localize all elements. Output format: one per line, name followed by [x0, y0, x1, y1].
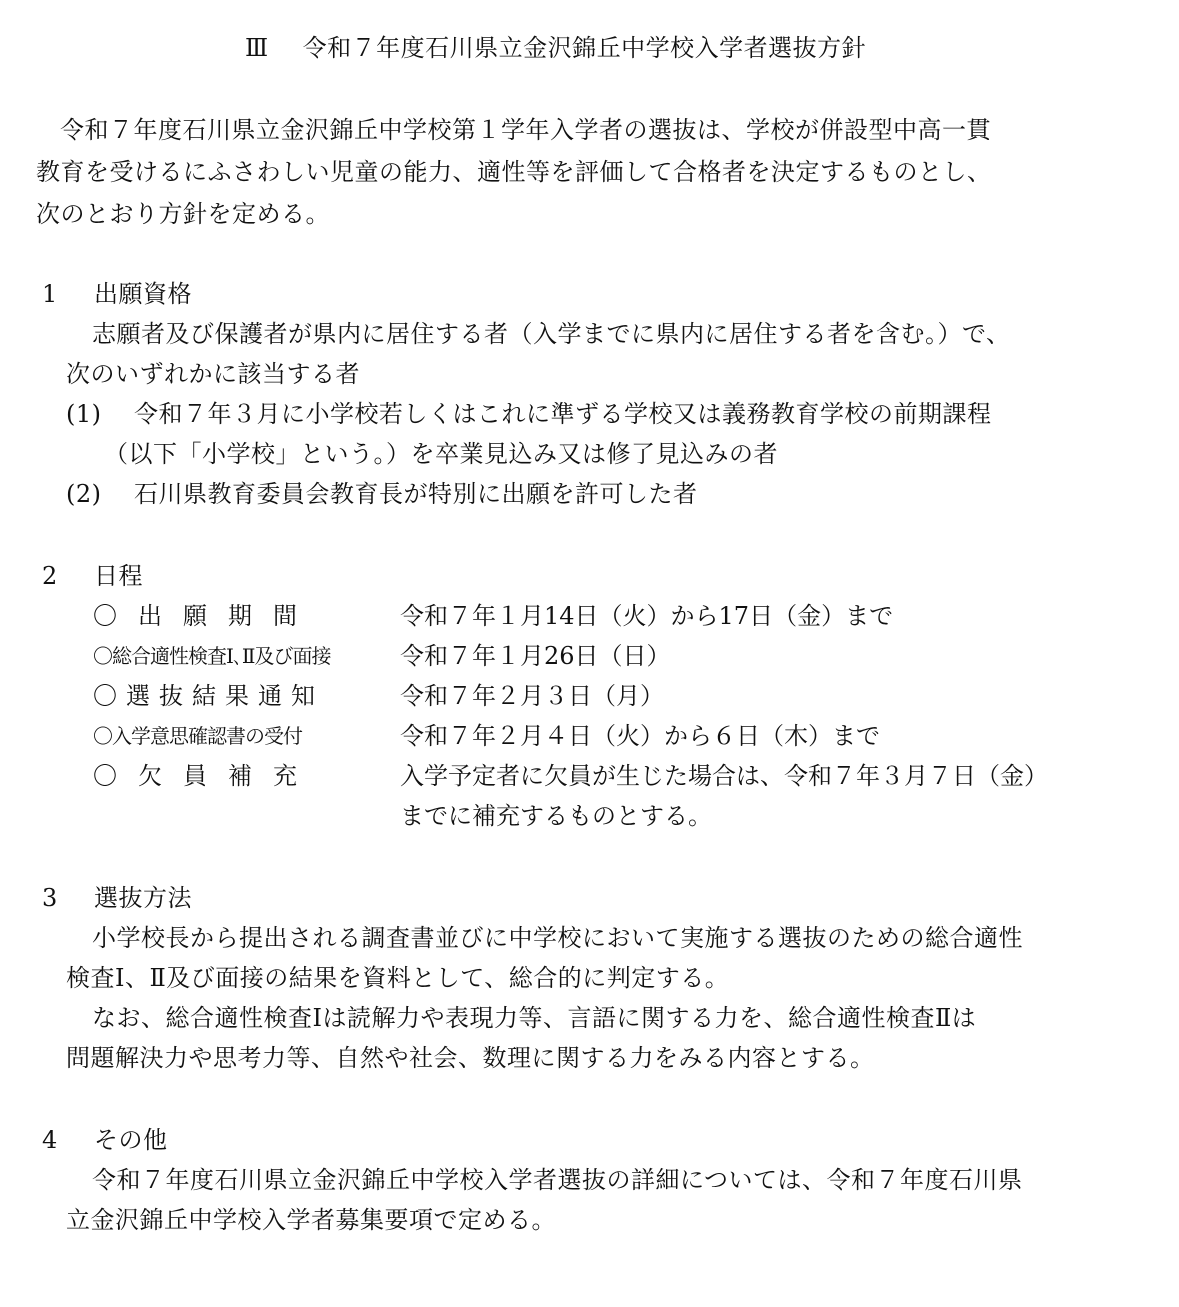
section-3-body-line-4: 問題解決力や思考力等、自然や社会、数理に関する力をみる内容とする。	[66, 1046, 875, 1070]
schedule-value-aptitude-test: 令和７年１月26日（日）	[400, 644, 671, 668]
intro-line-1: 令和７年度石川県立金沢錦丘中学校第１学年入学者の選抜は、学校が併設型中高一貫	[60, 118, 991, 142]
section-number: 4	[42, 1128, 94, 1152]
section-4-heading: 4その他	[42, 1128, 168, 1152]
section-title: 選抜方法	[94, 884, 192, 912]
section-1-item-1-line-2: （以下「小学校」という。）を卒業見込み又は修了見込みの者	[104, 442, 778, 466]
schedule-label-aptitude-test: 〇総合適性検査Ⅰ､Ⅱ及び面接	[93, 646, 331, 666]
section-3-body-line-1: 小学校長から提出される調査書並びに中学校において実施する選抜のための総合適性	[92, 926, 1023, 950]
section-4-body-line-2: 立金沢錦丘中学校入学者募集要項で定める。	[66, 1208, 556, 1232]
schedule-label-application-period: 〇出願期間	[93, 604, 318, 628]
section-number: 2	[42, 564, 94, 588]
schedule-value-result-notice: 令和７年２月３日（月）	[400, 684, 664, 708]
title-numeral: Ⅲ	[245, 34, 269, 62]
item-text: 石川県教育委員会教育長が特別に出願を許可した者	[134, 480, 698, 508]
schedule-label-intent-confirmation: 〇入学意思確認書の受付	[93, 726, 302, 746]
section-4-body-line-1: 令和７年度石川県立金沢錦丘中学校入学者選抜の詳細については、令和７年度石川県	[92, 1168, 1023, 1192]
section-title: 出願資格	[94, 280, 192, 308]
item-marker: (1)	[66, 402, 134, 426]
schedule-value-vacancy-fill-line-1: 入学予定者に欠員が生じた場合は、令和７年３月７日（金）	[400, 764, 1048, 788]
section-2-heading: 2日程	[42, 564, 143, 588]
section-number: 1	[42, 282, 94, 306]
section-1-item-2: (2)石川県教育委員会教育長が特別に出願を許可した者	[66, 482, 698, 506]
section-1-body-line-1: 志願者及び保護者が県内に居住する者（入学までに県内に居住する者を含む。）で、	[92, 322, 1011, 346]
intro-line-3: 次のとおり方針を定める。	[36, 202, 330, 226]
section-3-heading: 3選抜方法	[42, 886, 192, 910]
section-3-body-line-2: 検査Ⅰ、Ⅱ及び面接の結果を資料として、総合的に判定する。	[66, 966, 729, 990]
section-title: 日程	[94, 562, 143, 590]
item-marker: (2)	[66, 482, 134, 506]
title-text: 令和７年度石川県立金沢錦丘中学校入学者選抜方針	[303, 34, 867, 62]
schedule-label-vacancy-fill: 〇欠員補充	[93, 764, 318, 788]
section-1-item-1: (1)令和７年３月に小学校若しくはこれに準ずる学校又は義務教育学校の前期課程	[66, 402, 992, 426]
schedule-value-intent-confirmation: 令和７年２月４日（火）から６日（木）まで	[400, 724, 880, 748]
item-text: 令和７年３月に小学校若しくはこれに準ずる学校又は義務教育学校の前期課程	[134, 400, 992, 428]
section-1-heading: 1出願資格	[42, 282, 192, 306]
intro-line-2: 教育を受けるにふさわしい児童の能力、適性等を評価して合格者を決定するものとし、	[36, 160, 992, 184]
schedule-value-vacancy-fill-line-2: までに補充するものとする。	[400, 804, 712, 828]
schedule-label-result-notice: 〇選抜結果通知	[93, 684, 324, 708]
section-number: 3	[42, 886, 94, 910]
schedule-value-application-period: 令和７年１月14日（火）から17日（金）まで	[400, 604, 893, 628]
section-title: その他	[94, 1126, 168, 1154]
section-3-body-line-3: なお、総合適性検査Ⅰは読解力や表現力等、言語に関する力を、総合適性検査Ⅱは	[92, 1006, 976, 1030]
section-1-body-line-2: 次のいずれかに該当する者	[66, 362, 360, 386]
page-title: Ⅲ令和７年度石川県立金沢錦丘中学校入学者選抜方針	[245, 36, 866, 60]
